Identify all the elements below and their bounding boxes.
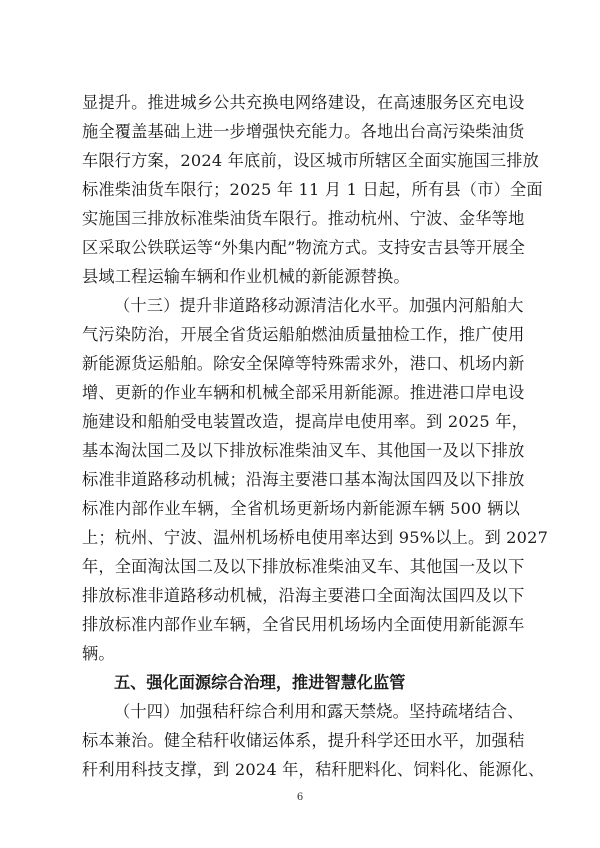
text-line: 车限行方案，2024 年底前，设区城市所辖区全面实施国三排放 xyxy=(82,146,520,175)
text-line: 施建设和船舶受电装置改造，提高岸电使用率。到 2025 年， xyxy=(82,407,520,436)
document-page: 显提升。推进城乡公共充换电网络建设，在高速服务区充电设施全覆盖基础上进一步增强快… xyxy=(82,88,520,784)
text-line: 标准柴油货车限行；2025 年 11 月 1 日起，所有县（市）全面 xyxy=(82,175,520,204)
text-line: 显提升。推进城乡公共充换电网络建设，在高速服务区充电设 xyxy=(82,88,520,117)
text-line: 县域工程运输车辆和作业机械的新能源替换。 xyxy=(82,262,520,291)
text-line: 气污染防治，开展全省货运船舶燃油质量抽检工作，推广使用 xyxy=(82,320,520,349)
text-line: 施全覆盖基础上进一步增强快充能力。各地出台高污染柴油货 xyxy=(82,117,520,146)
text-line: 排放标准非道路移动机械，沿海主要港口全面淘汰国四及以下 xyxy=(82,581,520,610)
text-line: 增、更新的作业车辆和机械全部采用新能源。推进港口岸电设 xyxy=(82,378,520,407)
text-line: 标准内部作业车辆，全省机场更新场内新能源车辆 500 辆以 xyxy=(82,494,520,523)
section-heading: 五、强化面源综合治理，推进智慧化监管 xyxy=(82,668,520,697)
text-line: 辆。 xyxy=(82,639,520,668)
text-line: 实施国三排放标准柴油货车限行。推动杭州、宁波、金华等地 xyxy=(82,204,520,233)
body-text-block-1: 显提升。推进城乡公共充换电网络建设，在高速服务区充电设施全覆盖基础上进一步增强快… xyxy=(82,88,520,668)
page-number: 6 xyxy=(0,792,600,803)
text-line: 秆利用科技支撑，到 2024 年，秸秆肥料化、饲料化、能源化、 xyxy=(82,755,520,784)
text-line: （十三）提升非道路移动源清洁化水平。加强内河船舶大 xyxy=(82,291,520,320)
text-line: 上；杭州、宁波、温州机场桥电使用率达到 95%以上。到 2027 xyxy=(82,523,520,552)
text-line: 区采取公铁联运等“外集内配”物流方式。支持安吉县等开展全 xyxy=(82,233,520,262)
body-text-block-2: （十四）加强秸秆综合利用和露天禁烧。坚持疏堵结合、标本兼治。健全秸秆收储运体系，… xyxy=(82,697,520,784)
text-line: 标准非道路移动机械；沿海主要港口基本淘汰国四及以下排放 xyxy=(82,465,520,494)
text-line: 基本淘汰国二及以下排放标准柴油叉车、其他国一及以下排放 xyxy=(82,436,520,465)
text-line: 标本兼治。健全秸秆收储运体系，提升科学还田水平，加强秸 xyxy=(82,726,520,755)
text-line: 排放标准内部作业车辆，全省民用机场场内全面使用新能源车 xyxy=(82,610,520,639)
text-line: 新能源货运船舶。除安全保障等特殊需求外，港口、机场内新 xyxy=(82,349,520,378)
text-line: 年，全面淘汰国二及以下排放标准柴油叉车、其他国一及以下 xyxy=(82,552,520,581)
text-line: （十四）加强秸秆综合利用和露天禁烧。坚持疏堵结合、 xyxy=(82,697,520,726)
